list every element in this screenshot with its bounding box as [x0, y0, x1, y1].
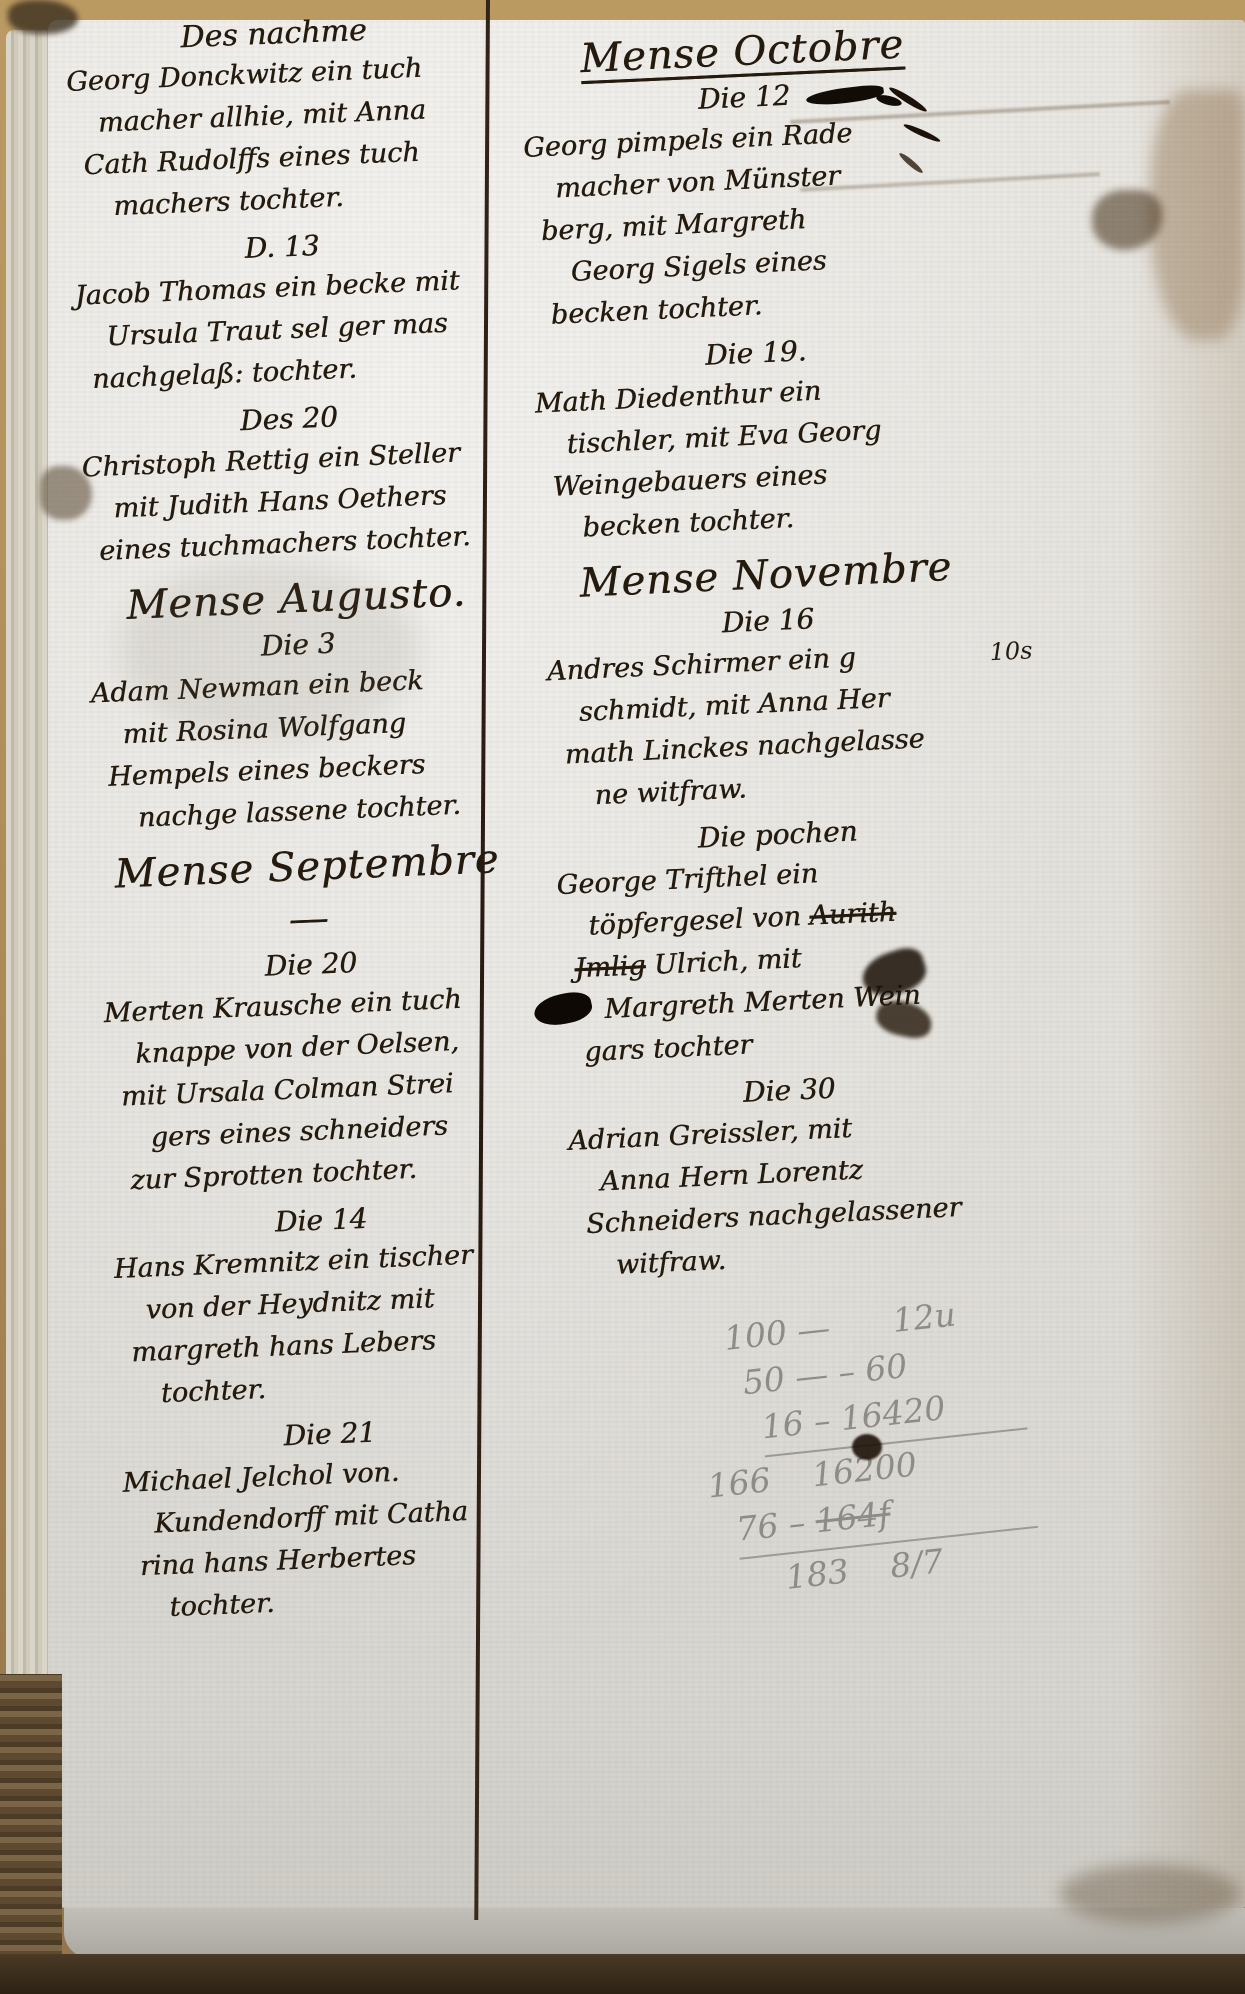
right-column: Mense OctobreDie 12Georg pimpels ein Rad…: [518, 14, 1035, 1605]
left-heading-block: Mense Septembre —: [97, 833, 519, 954]
left-entry-block: Adam Newman ein beckmit Rosina WolfgangH…: [90, 657, 514, 842]
left-entry-block: Hans Kremnitz ein tischervon der Heydnit…: [113, 1232, 537, 1417]
left-column: Des nachmeGeorg Donckwitz ein tuchmacher…: [64, 9, 546, 1638]
right-pencil-block: 100 — 12u50 — – 6016 – 16420166 1620076 …: [688, 1285, 1043, 1608]
left-entry-block: Michael Jelchol von.Kundendorff mit Cath…: [122, 1446, 546, 1631]
left-entry-block: Merten Krausche ein tuchknappe von der O…: [103, 976, 529, 1203]
left-entry-block: Christoph Rettig ein Stellermit Judith H…: [81, 431, 504, 574]
right-entry-block: Math Diedenthur eintischler, mit Eva Geo…: [534, 363, 987, 551]
right-entry-block: George Trifthel eintöpfergesel von Aurit…: [556, 845, 1011, 1075]
left-entry-block: Georg Donckwitz ein tuchmacher allhie, m…: [65, 45, 489, 230]
right-entry-block: Adrian Greissler, mitAnna Hern LorentzSc…: [567, 1101, 1020, 1289]
margin-note: 10s: [989, 629, 1034, 673]
book-cover-edge-bottom: [0, 1954, 1245, 1994]
manuscript-photo: Des nachmeGeorg Donckwitz ein tuchmacher…: [0, 0, 1245, 1994]
right-entry-block: Georg pimpels ein Rademacher von Münster…: [522, 108, 977, 338]
manuscript-line: Mense Septembre —: [97, 833, 519, 954]
book-page-edge-bottom: [64, 1908, 1245, 1958]
right-entry-block: Andres Schirmer ein gschmidt, mit Anna H…: [546, 631, 999, 819]
left-entry-block: Jacob Thomas ein becke mitUrsula Traut s…: [74, 259, 497, 402]
